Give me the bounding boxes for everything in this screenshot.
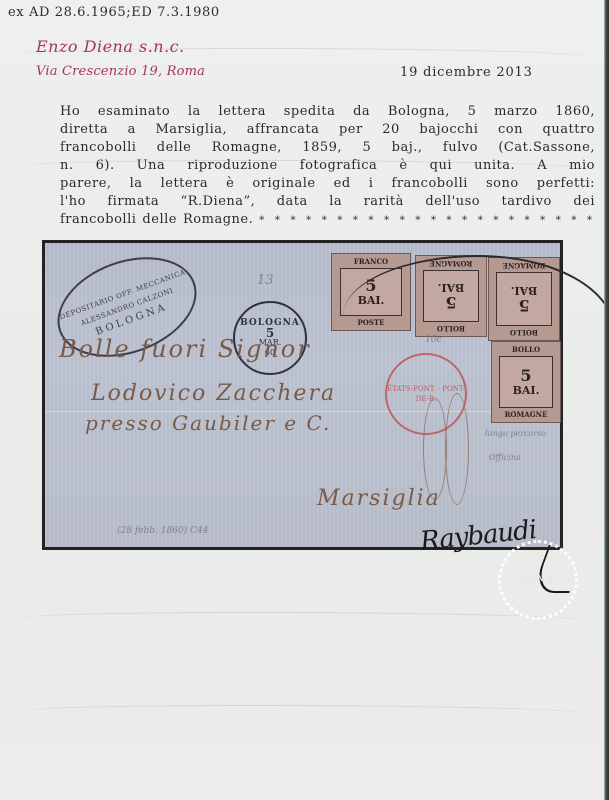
watermark-wave	[20, 612, 590, 627]
address-line: presso Gaubiler e C.	[85, 411, 331, 435]
address-line: Bolle fuori Signor	[59, 335, 311, 363]
stamp-label: FRANCO	[354, 257, 388, 266]
watermark-wave	[20, 705, 590, 720]
pencil-note: Officina	[489, 453, 521, 462]
certificate-line: francobolli delle Romagne, 1859, 5 baj.,…	[60, 139, 595, 157]
provenance-note: ex AD 28.6.1965;ED 7.3.1980	[8, 5, 220, 20]
certificate-line: diretta a Marsiglia, affrancata per 20 b…	[60, 121, 595, 139]
stamp-label: ROMAGNE	[505, 410, 548, 419]
letterhead-name: Enzo Diena s.n.c.	[36, 37, 185, 56]
certificate-line: parere, la lettera è originale ed i fran…	[60, 175, 595, 193]
certificate-line: francobolli delle Romagne.	[60, 212, 253, 227]
letterhead-address: Via Crescenzio 19, Roma	[36, 64, 205, 79]
cover-photo: DEPOSITARIO OFF. MECCANICA ALESSANDRO CA…	[42, 240, 563, 550]
address-line: Lodovico Zacchera	[91, 381, 336, 406]
address-city: Marsiglia	[317, 486, 441, 511]
page-edge	[604, 0, 609, 800]
certificate-line: Ho esaminato la lettera spedita da Bolog…	[60, 103, 595, 121]
pencil-note: 13	[257, 273, 274, 288]
pencil-note: (28 febb. 1860) C44	[117, 526, 208, 536]
pencil-note: lungo percorso	[485, 429, 546, 438]
certificate-line: n. 6). Una riproduzione fotografica è qu…	[60, 157, 595, 175]
certificate-date: 19 dicembre 2013	[400, 65, 533, 80]
certificate-line: l'ho firmata “R.Diena”, data la rarità d…	[60, 193, 595, 211]
embossed-seal: ROMA	[498, 540, 578, 620]
certificate-last-line: francobolli delle Romagne. * * * * * * *…	[60, 211, 595, 230]
certificate-page: ex AD 28.6.1965;ED 7.3.1980 Enzo Diena s…	[0, 0, 604, 800]
filler-stars: * * * * * * * * * * * * * * * * * * * * …	[259, 215, 595, 226]
grid-cancellation	[343, 255, 609, 407]
pencil-note: 10c	[425, 335, 442, 345]
certificate-text: Ho esaminato la lettera spedita da Bolog…	[60, 103, 595, 230]
